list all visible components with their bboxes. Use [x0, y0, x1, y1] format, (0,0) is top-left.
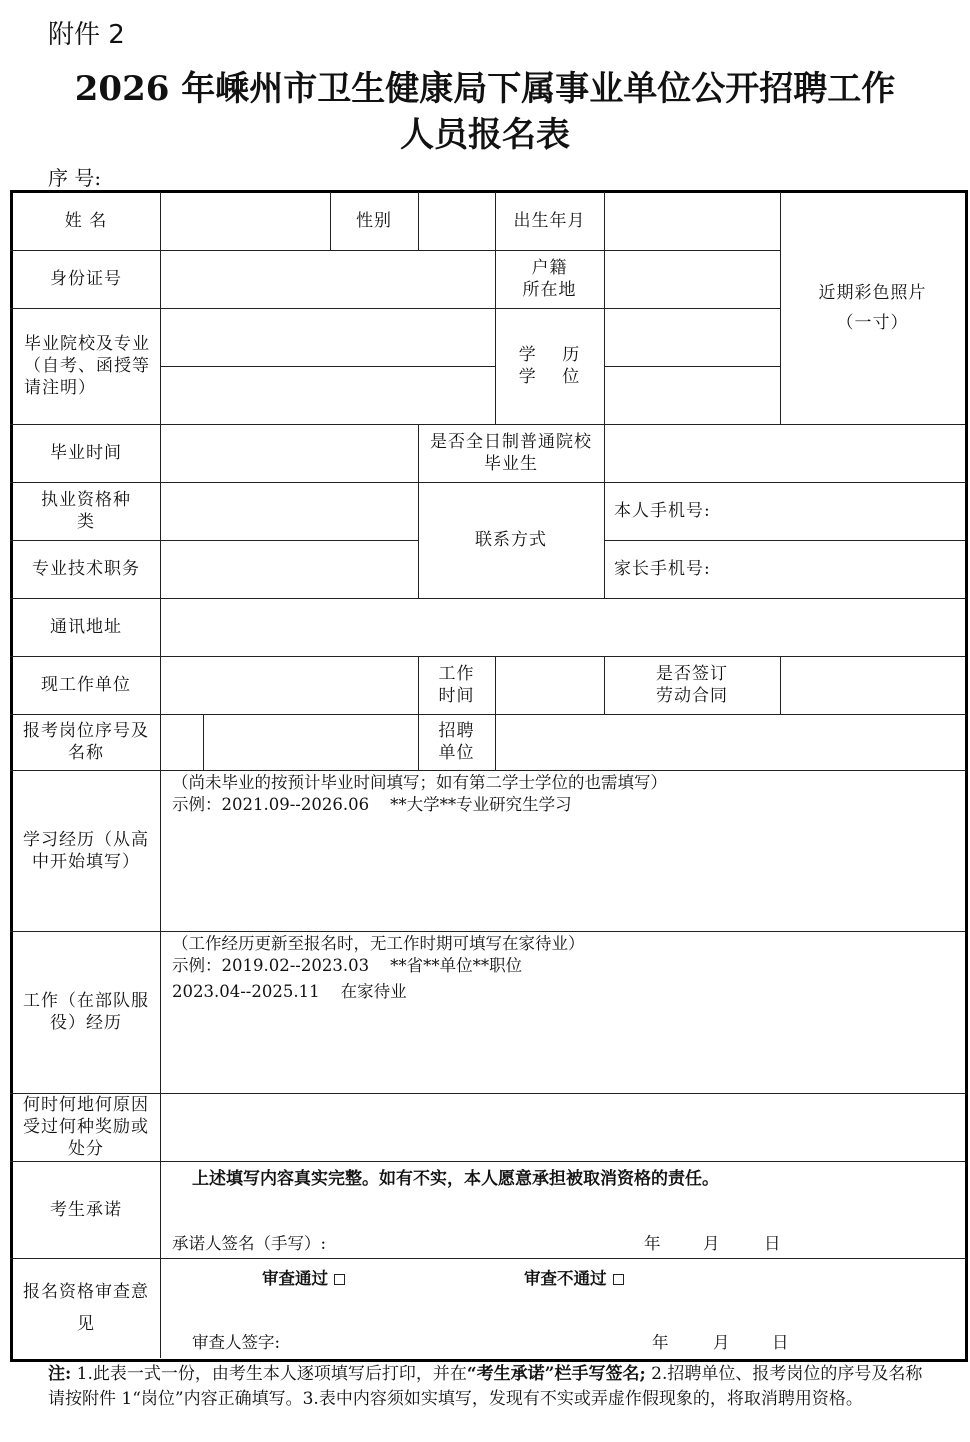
study-hint: （尚未毕业的按预计毕业时间填写；如有第二学士学位的也需填写）: [172, 772, 667, 794]
photo-placeholder[interactable]: 近期彩色照片 （一寸）: [780, 192, 965, 424]
work-time-label-line1: 工作: [439, 663, 475, 685]
contract-label-line2: 劳动合同: [656, 685, 728, 707]
contract-label: 是否签订 劳动合同: [604, 656, 780, 714]
award-label: 何时何地何原因受过何种奖励或处分: [22, 1093, 150, 1161]
address-field[interactable]: [162, 598, 965, 656]
footer-note: 注: 1.此表一式一份，由考生本人逐项填写后打印，并在“考生承诺”栏手写签名; …: [48, 1362, 938, 1412]
note-bold: “考生承诺”栏手写签名;: [467, 1364, 646, 1384]
degree-field[interactable]: [606, 366, 780, 424]
review-label: 报名资格审查意见: [22, 1258, 150, 1358]
note-prefix: 注:: [48, 1364, 71, 1384]
employer-field[interactable]: [162, 656, 418, 714]
id-field[interactable]: [162, 250, 495, 308]
contract-field[interactable]: [782, 656, 965, 714]
serial-number-label: 序 号:: [48, 162, 101, 191]
own-phone-label: 本人手机号:: [614, 500, 711, 522]
gender-label: 性别: [330, 192, 418, 250]
work-time-label: 工作 时间: [418, 656, 495, 714]
hukou-label: 户籍 所在地: [495, 250, 604, 308]
work-label: 工作（在部队服役）经历: [22, 931, 150, 1093]
study-example: 示例：2021.09--2026.06 **大学**专业研究生学习: [172, 794, 572, 816]
page-title: 2026 年嵊州市卫生健康局下属事业单位公开招聘工作: [0, 66, 970, 112]
review-fail-checkbox[interactable]: [613, 1274, 624, 1285]
major-field[interactable]: [162, 366, 495, 424]
address-label: 通讯地址: [12, 598, 160, 656]
note-part1: 1.此表一式一份，由考生本人逐项填写后打印，并在: [71, 1364, 467, 1384]
work-time-label-line2: 时间: [439, 685, 475, 707]
photo-label: 近期彩色照片: [819, 282, 927, 304]
study-label: 学习经历（从高中开始填写）: [22, 770, 150, 931]
fulltime-field[interactable]: [606, 424, 965, 482]
position-name-field[interactable]: [205, 714, 418, 770]
award-field[interactable]: [162, 1093, 965, 1161]
education-label: 学 历: [519, 344, 581, 366]
pledge-label: 考生承诺: [12, 1161, 160, 1258]
review-month: 月: [713, 1332, 730, 1354]
review-year: 年: [652, 1332, 669, 1354]
col-divider: [203, 714, 204, 770]
parent-phone-field[interactable]: 家长手机号:: [614, 540, 964, 598]
birth-label: 出生年月: [495, 192, 604, 250]
row-divider: [10, 770, 965, 771]
pledge-year: 年: [644, 1233, 661, 1255]
review-day: 日: [772, 1332, 789, 1354]
position-label: 报考岗位序号及名称: [22, 714, 150, 770]
own-phone-field[interactable]: 本人手机号:: [614, 482, 964, 540]
recruit-unit-label-line1: 招聘: [439, 720, 475, 742]
pledge-sign-label[interactable]: 承诺人签名（手写）:: [172, 1233, 326, 1255]
employer-label: 现工作单位: [12, 656, 160, 714]
review-fail-option[interactable]: 审查不通过: [524, 1268, 624, 1290]
birth-field[interactable]: [606, 192, 780, 250]
recruit-unit-label-line2: 单位: [439, 742, 475, 764]
photo-size-label: （一寸）: [837, 312, 909, 334]
recruit-unit-field[interactable]: [497, 714, 965, 770]
review-fail-label: 审查不通过: [524, 1269, 607, 1288]
reviewer-sign-label[interactable]: 审查人签字:: [192, 1332, 280, 1354]
tech-title-field[interactable]: [162, 540, 418, 598]
review-pass-checkbox[interactable]: [334, 1274, 345, 1285]
col-divider: [160, 192, 161, 1358]
col-divider: [418, 192, 419, 250]
row-divider: [10, 931, 965, 932]
parent-phone-label: 家长手机号:: [614, 558, 711, 580]
fulltime-label: 是否全日制普通院校毕业生: [425, 424, 597, 482]
name-field[interactable]: [162, 192, 330, 250]
work-hint: （工作经历更新至报名时，无工作时期可填写在家待业）: [172, 933, 585, 955]
col-divider: [780, 656, 781, 714]
tech-title-label: 专业技术职务: [12, 540, 160, 598]
work-example-2: 2023.04--2025.11 在家待业: [172, 981, 407, 1003]
grad-time-field[interactable]: [162, 424, 418, 482]
qualification-label: 执业资格种类: [40, 482, 132, 540]
grad-time-label: 毕业时间: [12, 424, 160, 482]
contact-label: 联系方式: [418, 482, 604, 598]
work-example-1: 示例：2019.02--2023.03 **省**单位**职位: [172, 955, 522, 977]
study-field[interactable]: （尚未毕业的按预计毕业时间填写；如有第二学士学位的也需填写） 示例：2021.0…: [162, 772, 965, 930]
row-divider: [10, 1258, 965, 1259]
col-divider: [604, 424, 605, 598]
id-label: 身份证号: [12, 250, 160, 308]
hukou-label-line2: 所在地: [523, 279, 577, 301]
review-pass-option[interactable]: 审查通过: [262, 1268, 345, 1290]
school-label: 毕业院校及专业（自考、函授等请注明）: [24, 308, 150, 424]
hukou-field[interactable]: [606, 250, 780, 308]
col-divider: [604, 192, 605, 424]
pledge-month: 月: [703, 1233, 720, 1255]
degree-label: 学 历 学 位: [495, 308, 604, 424]
col-divider: [495, 656, 496, 770]
work-field[interactable]: （工作经历更新至报名时，无工作时期可填写在家待业） 示例：2019.02--20…: [162, 933, 965, 1091]
hukou-label-line1: 户籍: [532, 257, 568, 279]
degree-label-line2: 学 位: [519, 366, 581, 388]
pledge-text: 上述填写内容真实完整。如有不实，本人愿意承担被取消资格的责任。: [192, 1168, 719, 1190]
gender-field[interactable]: [420, 192, 495, 250]
school-field[interactable]: [162, 308, 495, 366]
pledge-day: 日: [764, 1233, 781, 1255]
page-title-line2: 人员报名表: [0, 112, 970, 158]
position-number-field[interactable]: [162, 714, 203, 770]
recruit-unit-label: 招聘 单位: [418, 714, 495, 770]
contract-label-line1: 是否签订: [656, 663, 728, 685]
review-pass-label: 审查通过: [262, 1269, 328, 1288]
name-label: 姓 名: [12, 192, 160, 250]
attachment-label: 附件 2: [48, 14, 125, 51]
education-field[interactable]: [606, 308, 780, 366]
work-time-field[interactable]: [497, 656, 604, 714]
qualification-field[interactable]: [162, 482, 418, 540]
